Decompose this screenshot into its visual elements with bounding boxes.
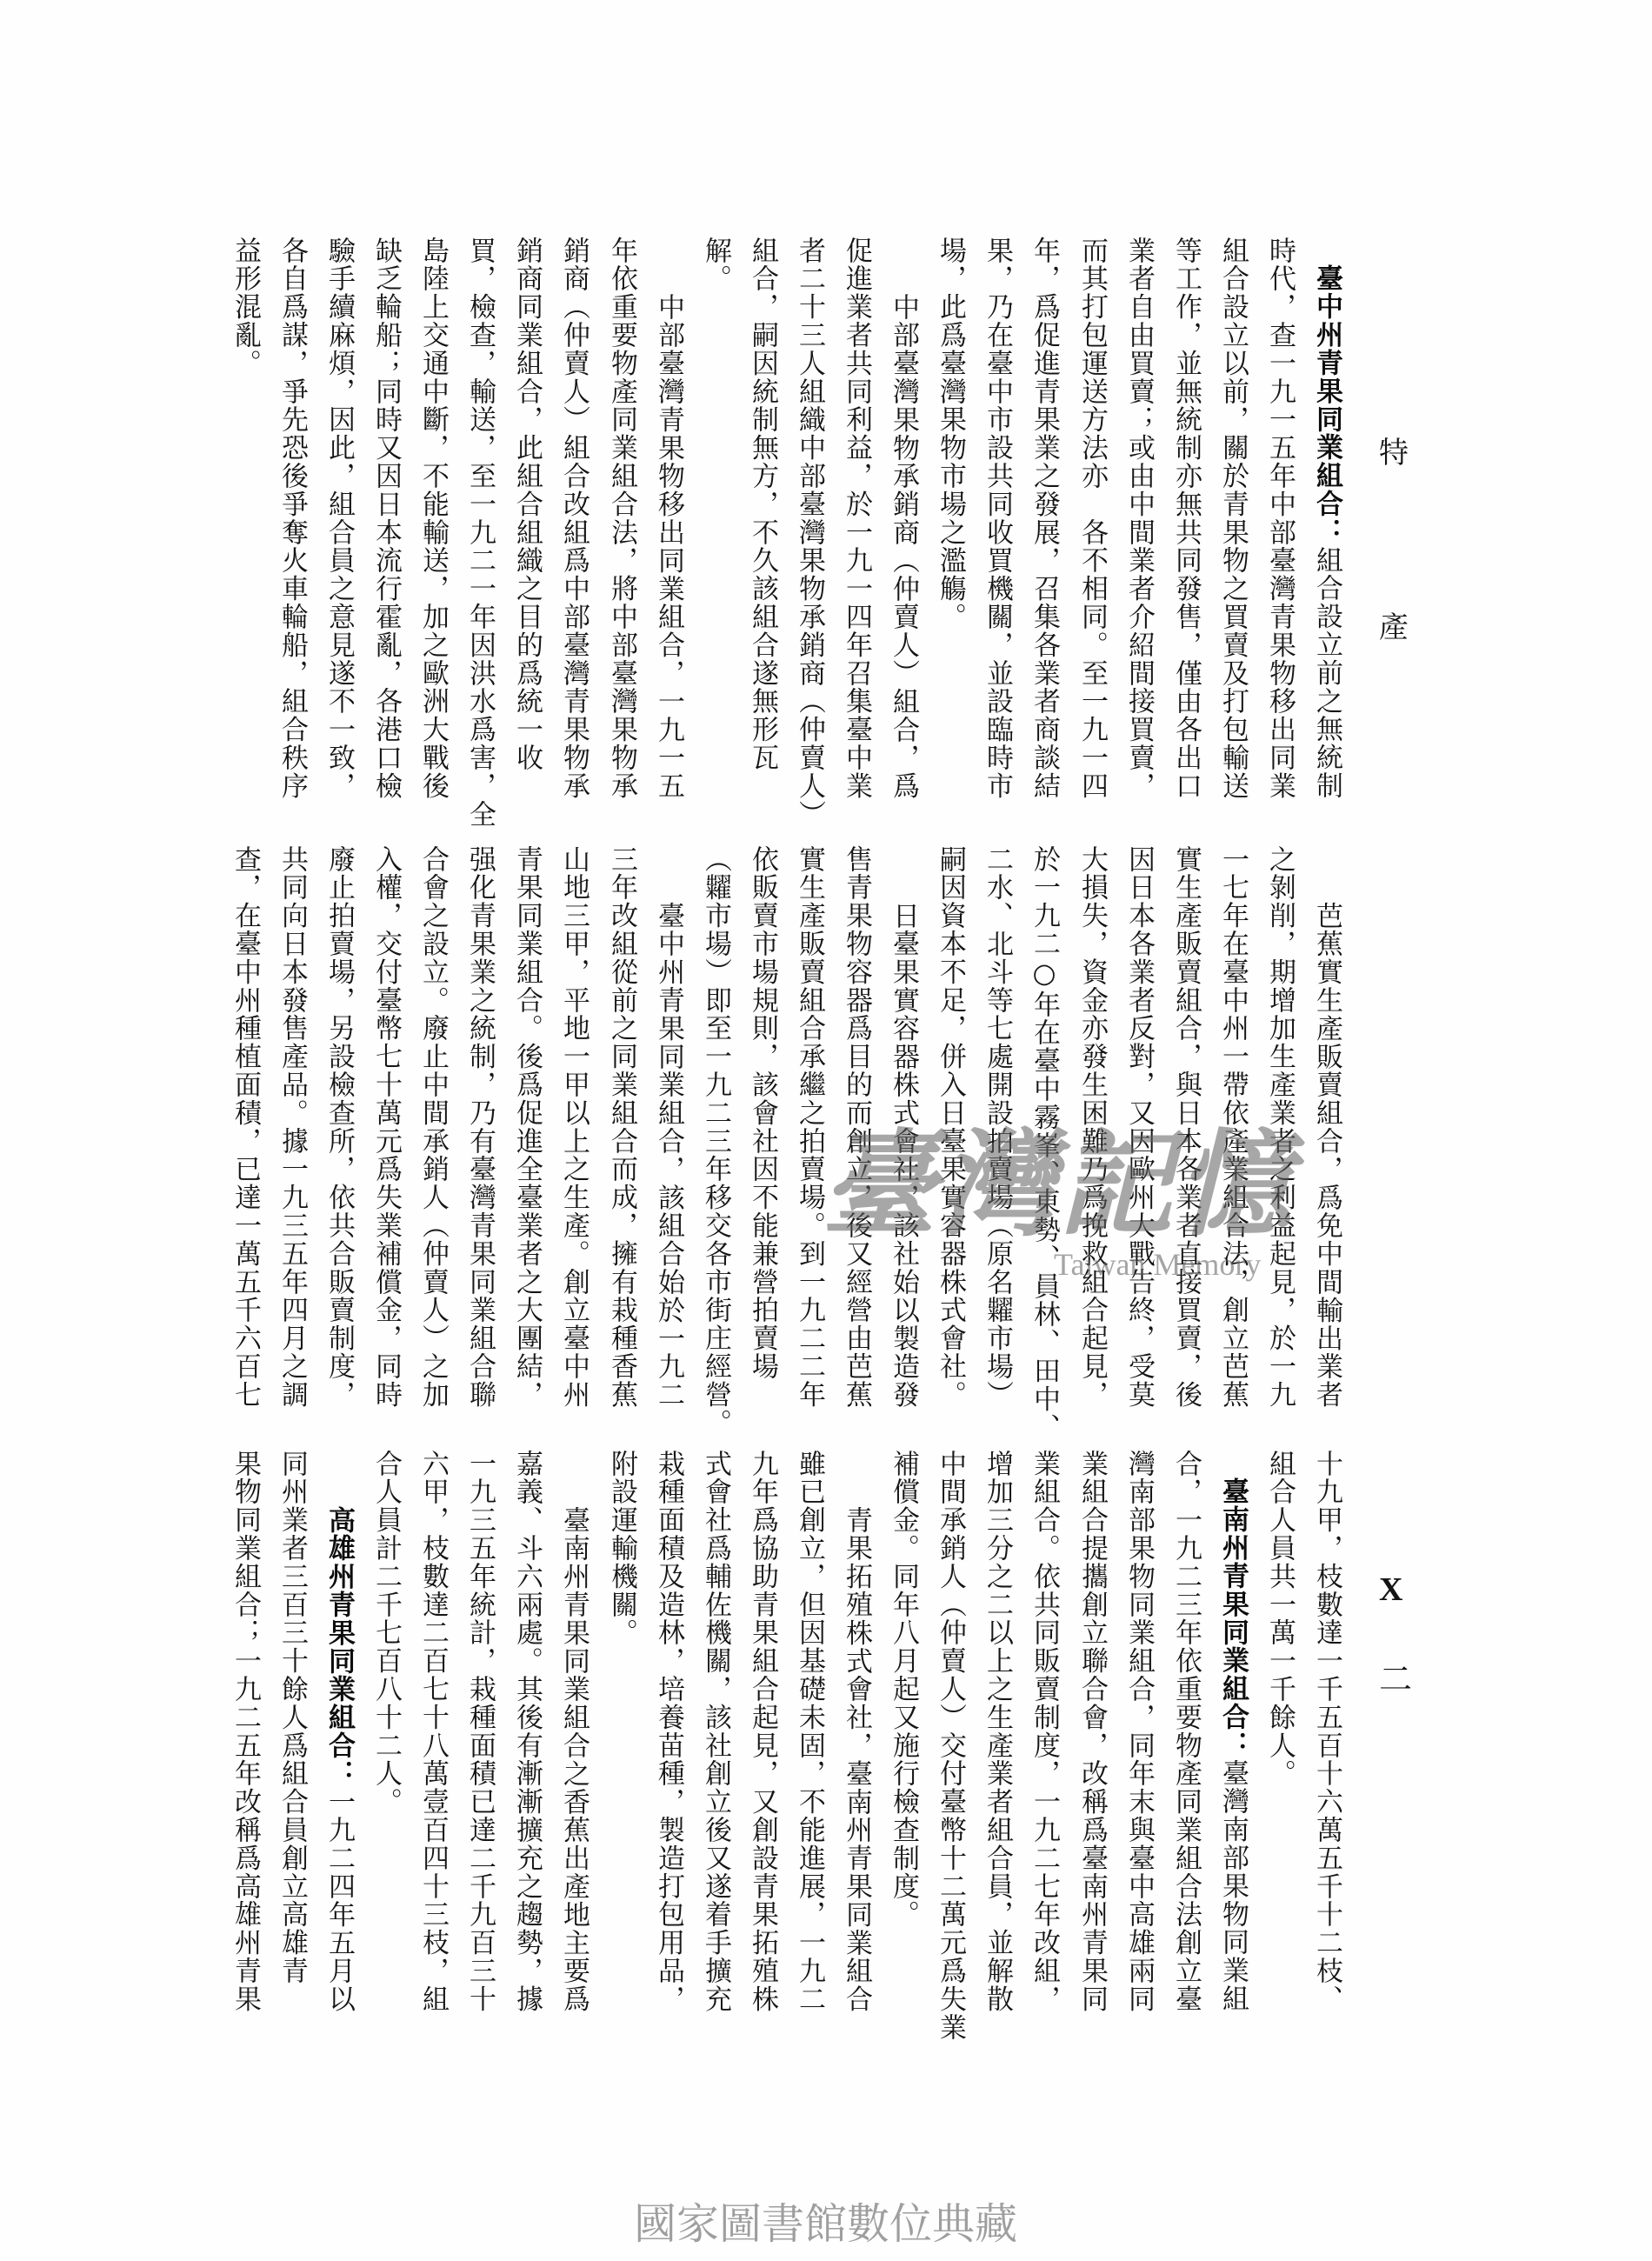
text-column: 組合，嗣因統制無方，不久該組合遂無形瓦 — [749, 237, 776, 772]
column-text: 臺灣南部果物同業組 — [1217, 1759, 1249, 2013]
text-column: 促進業者共同利益，於一九一四年召集臺中業 — [843, 237, 870, 800]
text-column: 實生產販賣組合承繼之拍賣場。到一九二二年 — [796, 845, 823, 1409]
text-column: 强化青果業之統制，乃有臺灣青果同業組合聯 — [466, 845, 494, 1409]
text-column: 廢止拍賣場，另設檢查所，依共合販賣制度， — [325, 845, 353, 1409]
watermark-logo: 臺灣記憶 — [822, 1120, 1295, 1251]
paragraph-start-column: 中部臺灣果物承銷商（仲賣人）組合，爲 — [889, 237, 917, 800]
text-column: 補償金。同年八月起又施行檢查制度。 — [889, 1450, 917, 1929]
text-column: 入權，交付臺幣七十萬元爲失業補償金，同時 — [372, 845, 400, 1409]
text-column: 同州業者三百三十餘人爲組合員創立高雄青 — [278, 1450, 306, 1985]
text-column: 業組合。依共同販賣制度，一九二七年改組， — [1030, 1450, 1058, 2013]
text-column: 而其打包運送方法亦 各不相同。至一九一四 — [1078, 237, 1106, 800]
text-column: 青果同業組合。後爲促進全臺業者之大團結， — [513, 845, 541, 1409]
text-column: （糶市場）即至一九二三年移交各市街庄經營。 — [702, 845, 729, 1437]
column-text: 一九二四年五月以 — [323, 1788, 355, 2013]
text-column: 場，此爲臺灣果物市場之濫觴。 — [936, 237, 964, 631]
text-column: 一九三五年統計，栽種面積已達二千九百三十 — [466, 1450, 494, 2013]
text-column: 嘉義、斗六兩處。其後有漸漸擴充之趨勢，據 — [513, 1450, 541, 2013]
text-column: 臺中州青果同業組合：組合設立前之無統制 — [1313, 237, 1341, 800]
text-column: 栽種面積及造林，培養苗種，製造打包用品， — [655, 1450, 683, 2013]
text-column: 缺乏輪船；同時又因日本流行霍亂，各港口檢 — [372, 237, 400, 800]
text-column: 查，在臺中州種植面積，已達一萬五千六百七 — [231, 845, 259, 1409]
text-column: 合，一九二三年依重要物產同業組合法創立臺 — [1172, 1450, 1200, 2013]
text-column: 買，檢查，輸送，至一九二一年因洪水爲害，全 — [466, 237, 494, 828]
running-head-char: 產 — [1379, 612, 1409, 644]
section-heading: 臺中州青果同業組合： — [1311, 264, 1342, 546]
text-column: 者二十三人組織中部臺灣果物承銷商（仲賣人） — [796, 237, 823, 828]
text-column: 解。 — [702, 237, 729, 293]
text-column: 合人員計二千七百八十二人。 — [372, 1450, 400, 1816]
text-column: 驗手續麻煩，因此，組合員之意見遂不一致， — [325, 237, 353, 800]
text-column: 附設運輸機關。 — [608, 1450, 636, 1647]
text-column: 年依重要物產同業組合法，將中部臺灣果物承 — [608, 237, 636, 800]
paragraph-start-column: 青果拓殖株式會社，臺南州青果同業組合 — [843, 1450, 870, 2013]
paragraph-start-column: 臺南州青果同業組合之香蕉出產地主要爲 — [560, 1450, 588, 2013]
text-column: 果物同業組合；一九二五年改稱爲高雄州青果 — [231, 1450, 259, 2013]
paragraph-start-column: 臺中州青果同業組合，該組合始於一九二 — [655, 845, 683, 1409]
text-column: 雖已創立，但因基礎未固，不能進展，一九二 — [796, 1450, 823, 2013]
text-column: 臺南州青果同業組合：臺灣南部果物同業組 — [1219, 1450, 1247, 2013]
text-column: 銷商（仲賣人）組合改組爲中部臺灣青果物承 — [560, 237, 588, 800]
text-column: 山地三甲，平地一甲以上之生產。創立臺中州 — [560, 845, 588, 1409]
text-column: 共同向日本發售產品。據一九三五年四月之調 — [278, 845, 306, 1409]
text-column: 各自爲謀，爭先恐後爭奪火車輪船，組合秩序 — [278, 237, 306, 800]
text-column: 業組合提攜創立聯合會，改稱爲臺南州青果同 — [1078, 1450, 1106, 2013]
text-column: 銷商同業組合，此組合組織之目的爲統一收 — [513, 237, 541, 772]
text-column: 高雄州青果同業組合：一九二四年五月以 — [325, 1450, 353, 2013]
text-column: 組合設立以前，關於青果物之買賣及打包輸送 — [1219, 237, 1247, 800]
text-column: 時代，查一九一五年中部臺灣青果物移出同業 — [1266, 237, 1294, 800]
footer-credit: 國家圖書館數位典藏 — [634, 2200, 1017, 2249]
text-column: 等工作，並無統制亦無共同發售，僅由各出口 — [1172, 237, 1200, 800]
paragraph-start-column: 中部臺灣青果物移出同業組合，一九一五 — [655, 237, 683, 800]
text-column: 依販賣市場規則，該會社因不能兼營拍賣場 — [749, 845, 776, 1381]
section-heading: 臺南州青果同業組合： — [1217, 1477, 1249, 1759]
text-column: 組合人員共一萬一千餘人。 — [1266, 1450, 1294, 1788]
text-column: 式會社爲輔佐機關，該社創立後又遂着手擴充 — [702, 1450, 729, 2013]
text-column: 六甲，枝數達二百七十八萬壹百四十三枝，組 — [419, 1450, 447, 2013]
text-column: 增加三分之二以上之生產業者組合員，並解散 — [983, 1450, 1011, 2013]
column-text: 組合設立前之無統制 — [1311, 546, 1342, 800]
text-column: 業者自由買賣；或由中間業者介紹間接買賣， — [1125, 237, 1153, 800]
text-column: 益形混亂。 — [231, 237, 259, 377]
text-column: 年，爲促進青果業之發展，召集各業者商談結 — [1030, 237, 1058, 800]
section-heading: 高雄州青果同業組合： — [323, 1506, 355, 1788]
watermark-subtitle: Taiwan Memory — [1054, 1247, 1261, 1282]
page-marker-char: 二 — [1379, 1664, 1412, 1695]
page-marker-char: X — [1379, 1574, 1402, 1605]
text-column: 島陸上交通中斷，不能輸送，加之歐洲大戰後 — [419, 237, 447, 800]
text-column: 灣南部果物同業組合，同年末與臺中高雄兩同 — [1125, 1450, 1153, 2013]
running-head-char: 特 — [1379, 437, 1409, 469]
text-column: 果，乃在臺中市設共同收買機關，並設臨時市 — [983, 237, 1011, 800]
paragraph-start-column: 芭蕉實生產販賣組合，爲免中間輸出業者 — [1313, 845, 1341, 1409]
text-column: 九年爲協助青果組合起見，又創設青果拓殖株 — [749, 1450, 776, 2013]
text-column: 中間承銷人（仲賣人）交付臺幣十二萬元爲失業 — [936, 1450, 964, 2041]
text-column: 三年改組從前之同業組合而成，擁有栽種香蕉 — [608, 845, 636, 1409]
text-column: 十九甲，枝數達一千五百十六萬五千十二枝、 — [1313, 1450, 1341, 2013]
scanned-page: 特 產 X 二 臺中州青果同業組合：組合設立前之無統制 時代，查一九一五年中部臺… — [0, 0, 1652, 2261]
text-column: 合會之設立。廢止中間承銷人（仲賣人）之加 — [419, 845, 447, 1409]
